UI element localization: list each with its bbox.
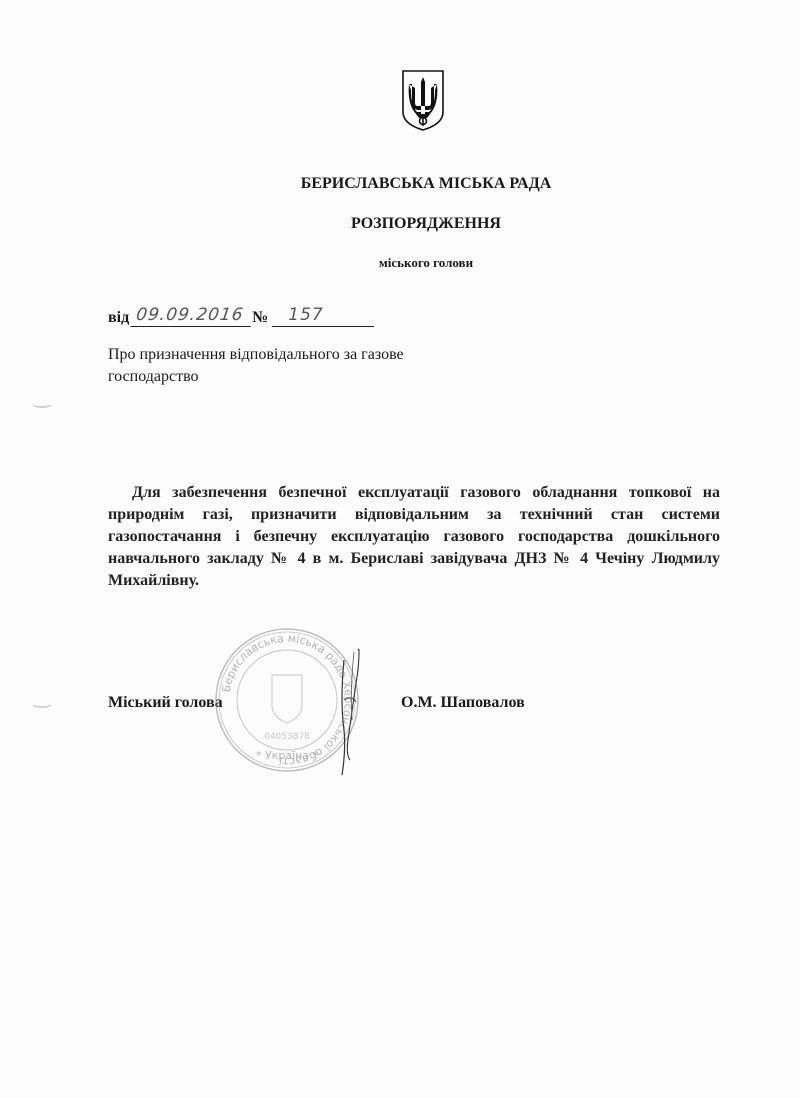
order-title: РОЗПОРЯДЖЕННЯ bbox=[0, 215, 800, 233]
handwritten-signature bbox=[330, 640, 370, 780]
punch-hole-mark bbox=[32, 400, 52, 408]
order-body: Для забезпечення безпечної експлуатації … bbox=[108, 482, 720, 592]
signatory-title: Міський голова bbox=[108, 694, 223, 712]
date-prefix: від bbox=[108, 309, 129, 327]
svg-text:04053878: 04053878 bbox=[264, 732, 310, 742]
svg-text:* Україна *: * Україна * bbox=[256, 749, 319, 762]
date-number-line: від 09.09.2016 № 157 bbox=[108, 306, 374, 327]
order-subject: Про призначення відповідального за газов… bbox=[108, 344, 408, 388]
punch-hole-mark bbox=[32, 700, 52, 708]
trident-emblem-icon bbox=[400, 68, 446, 132]
document-page: БЕРИСЛАВСЬКА МІСЬКА РАДА РОЗПОРЯДЖЕННЯ м… bbox=[0, 0, 800, 1098]
order-subtitle: міського голови bbox=[0, 255, 800, 271]
number-prefix: № bbox=[252, 309, 268, 327]
council-name: БЕРИСЛАВСЬКА МІСЬКА РАДА bbox=[0, 175, 800, 193]
handwritten-number: 157 bbox=[272, 306, 374, 327]
handwritten-date: 09.09.2016 bbox=[131, 306, 254, 327]
signatory-name: О.М. Шаповалов bbox=[401, 694, 525, 712]
